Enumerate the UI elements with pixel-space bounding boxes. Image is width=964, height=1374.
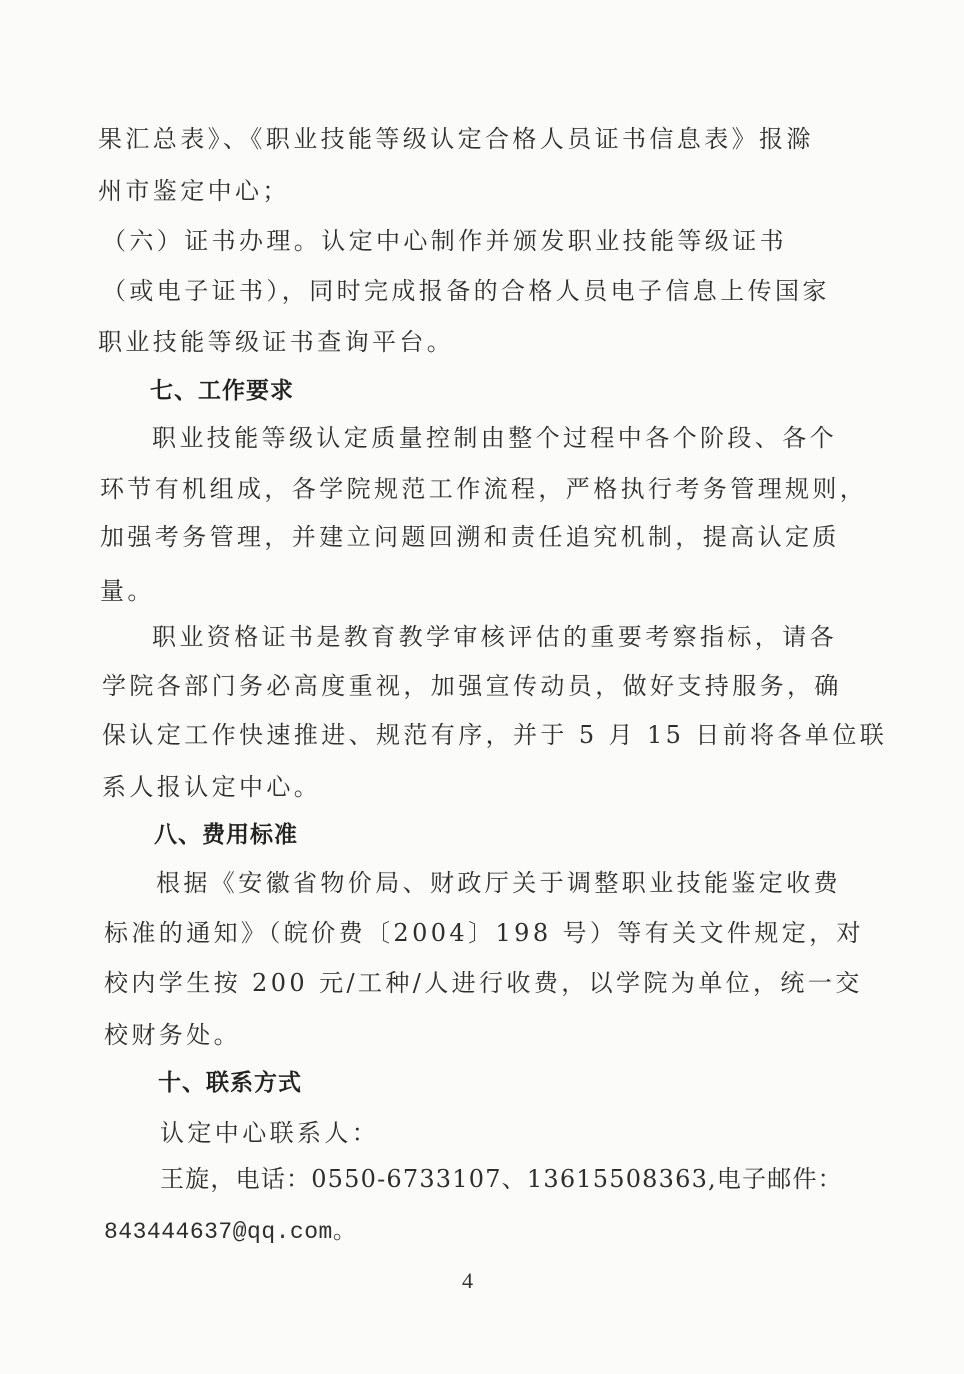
contact-label: 认定中心联系人： — [160, 1118, 379, 1148]
section8-paragraph-line: 根据《安徽省物价局、财政厅关于调整职业技能鉴定收费 — [156, 868, 841, 898]
section-heading-contact: 十、联系方式 — [158, 1068, 302, 1098]
body-line: 职业技能等级证书查询平台。 — [98, 327, 454, 357]
contact-phone-line: 王旋，电话：0550-6733107、13615508363,电子邮件： — [160, 1164, 843, 1194]
section-heading-fee-standard: 八、费用标准 — [154, 820, 298, 850]
body-line: 果汇总表》、《职业技能等级认定合格人员证书信息表》报滁 — [98, 124, 814, 154]
section-heading-work-requirements: 七、工作要求 — [150, 376, 294, 406]
section8-paragraph-line: 校内学生按 200 元/工种/人进行收费，以学院为单位，统一交 — [104, 968, 863, 998]
body-line: 州市鉴定中心； — [98, 176, 290, 206]
section8-paragraph-line: 校财务处。 — [104, 1020, 241, 1050]
contact-email[interactable]: 843444637@qq.com。 — [104, 1217, 356, 1247]
section7-paragraph-line: 环节有机组成，各学院规范工作流程，严格执行考务管理规则， — [100, 474, 867, 504]
section7-paragraph-line: 学院各部门务必高度重视，加强宣传动员，做好支持服务，确 — [102, 671, 842, 701]
section7-paragraph-line: 系人报认定中心。 — [102, 772, 321, 802]
section7-paragraph-line: 量。 — [100, 576, 155, 606]
section7-paragraph-line: 加强考务管理，并建立问题回溯和责任追究机制，提高认定质 — [100, 522, 840, 552]
section7-paragraph-line: 职业技能等级认定质量控制由整个过程中各个阶段、各个 — [152, 423, 837, 453]
section7-paragraph-line: 职业资格证书是教育教学审核评估的重要考察指标，请各 — [152, 622, 837, 652]
section7-paragraph-line: 保认定工作快速推进、规范有序，并于 5 月 15 日前将各单位联 — [102, 720, 887, 750]
body-line: （六）证书办理。认定中心制作并颁发职业技能等级证书 — [102, 226, 787, 256]
body-line: （或电子证书），同时完成报备的合格人员电子信息上传国家 — [102, 276, 830, 306]
page-number: 4 — [462, 1268, 473, 1294]
section8-paragraph-line: 标准的通知》（皖价费〔2004〕198 号）等有关文件规定，对 — [104, 918, 864, 948]
